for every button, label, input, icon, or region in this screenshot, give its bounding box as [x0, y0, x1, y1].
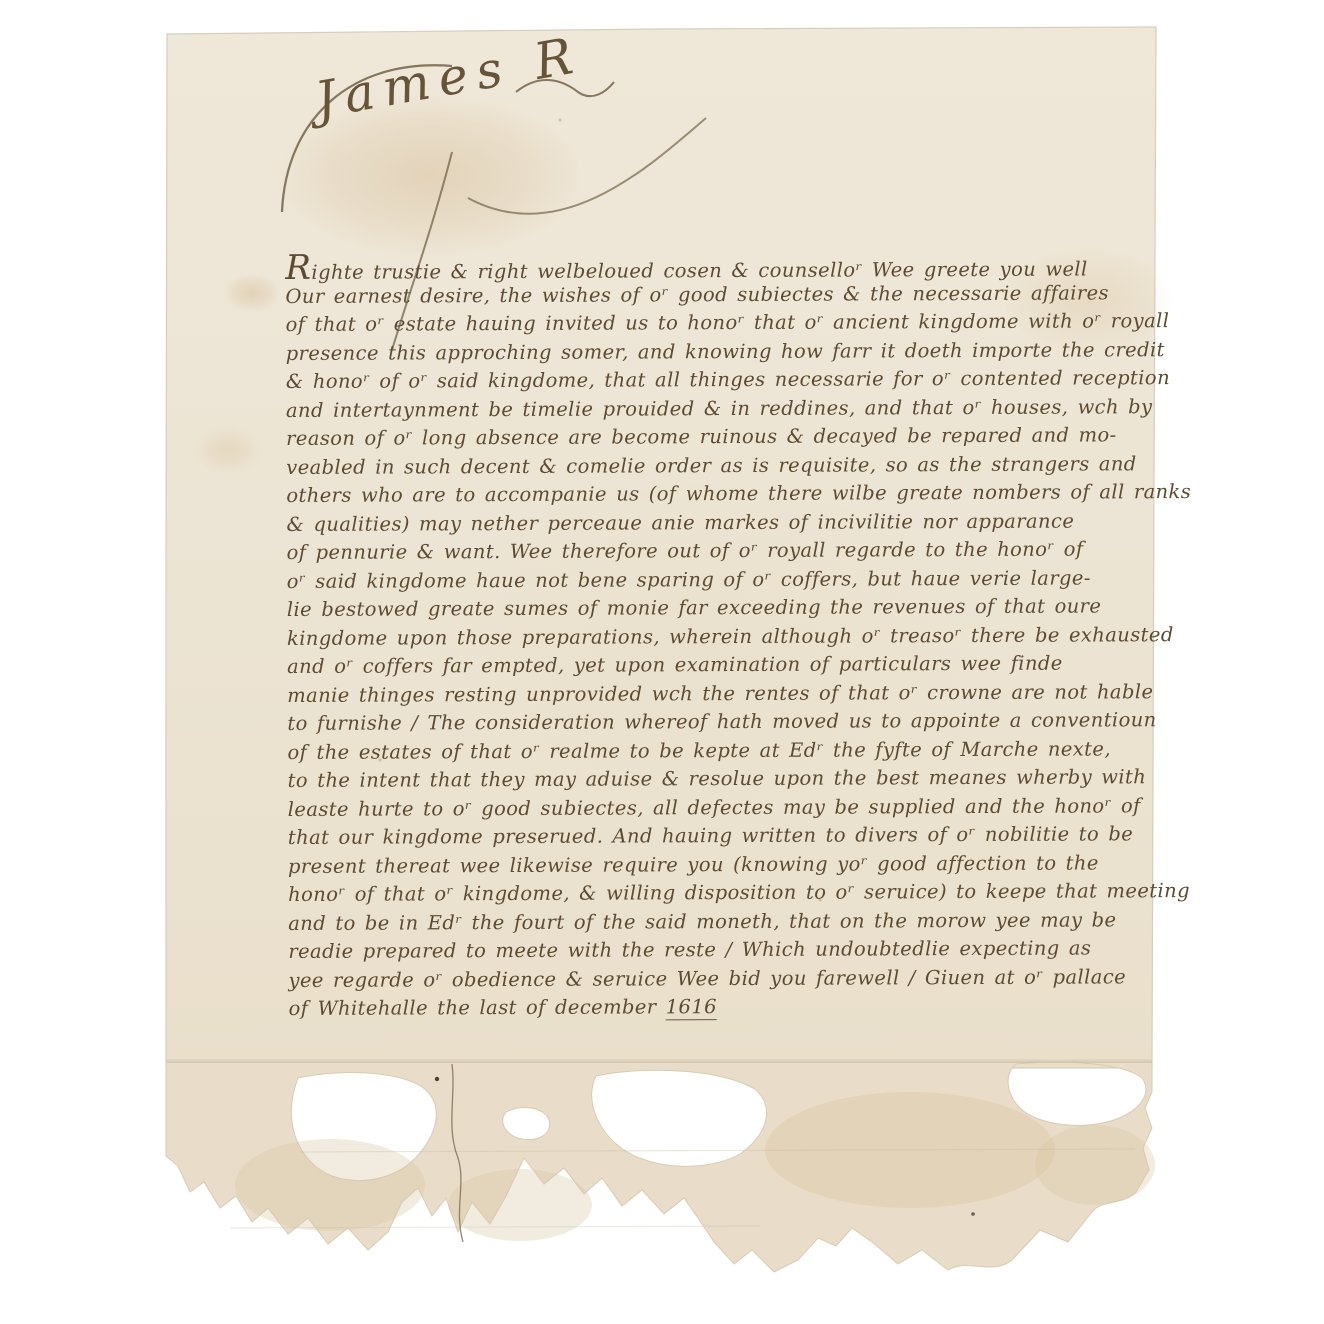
ink-speck	[971, 1212, 975, 1216]
letter-line: present thereat wee likewise require you…	[288, 849, 1193, 881]
letter-line: readie prepared to meete with the reste …	[288, 934, 1193, 966]
letter-line: to the intent that they may aduise & res…	[288, 763, 1193, 795]
torn-strip-stain	[448, 1169, 592, 1241]
letter-line: honoʳ of that oʳ kingdome, & willing dis…	[288, 877, 1193, 909]
letter-line: veabled in such decent & comelie order a…	[286, 450, 1191, 482]
ink-speck	[435, 1077, 439, 1081]
torn-strip-stain	[1035, 1125, 1155, 1205]
letter-line: leaste hurte to oʳ good subiectes, all d…	[288, 792, 1193, 824]
letter-line: Righte trustie & right welbeloued cosen …	[285, 250, 1190, 282]
paper-stain	[224, 274, 280, 312]
paper-stain	[194, 426, 262, 474]
letter-line: & honoʳ of oʳ said kingdome, that all th…	[286, 364, 1191, 396]
letter-line: and intertaynment be timelie prouided & …	[286, 393, 1191, 425]
letter-line: and to be in Edʳ the fourt of the said m…	[288, 906, 1193, 938]
letter-year: 1616	[666, 995, 717, 1020]
letter-body: Righte trustie & right welbeloued cosen …	[285, 250, 1193, 1023]
paper-fleck	[559, 119, 562, 122]
letter-line: Our earnest desire, the wishes of oʳ goo…	[285, 279, 1190, 311]
letter-photograph: James R Righte trustie & right welbeloue…	[0, 0, 1324, 1324]
letter-line: manie thinges resting unprovided wch the…	[287, 678, 1192, 710]
letter-line: kingdome upon those preparations, wherei…	[287, 621, 1192, 653]
letter-line: others who are to accompanie us (of whom…	[286, 478, 1191, 510]
letter-line: to furnishe / The consideration whereof …	[287, 706, 1192, 738]
torn-strip-stain	[235, 1139, 425, 1231]
letter-line: oʳ said kingdome haue not bene sparing o…	[287, 564, 1192, 596]
letter-line: and oʳ coffers far empted, yet upon exam…	[287, 649, 1192, 681]
letter-line: of that oʳ estate hauing invited us to h…	[286, 307, 1191, 339]
letter-line: & qualities) may nether perceaue anie ma…	[286, 507, 1191, 539]
letter-line: lie bestowed greate sumes of monie far e…	[287, 592, 1192, 624]
closing-text: of Whitehalle the last of december	[289, 995, 666, 1020]
letter-line: that our kingdome preserued. And hauing …	[288, 820, 1193, 852]
letter-line: of the estates of that oʳ realme to be k…	[287, 735, 1192, 767]
letter-closing-line: of Whitehalle the last of december 1616	[289, 991, 1194, 1023]
letter-line: presence this approching somer, and know…	[286, 336, 1191, 368]
letter-line: yee regarde oʳ obedience & seruice Wee b…	[288, 963, 1193, 995]
letter-line: reason of oʳ long absence are become rui…	[286, 421, 1191, 453]
letter-line: of pennurie & want. Wee therefore out of…	[287, 535, 1192, 567]
